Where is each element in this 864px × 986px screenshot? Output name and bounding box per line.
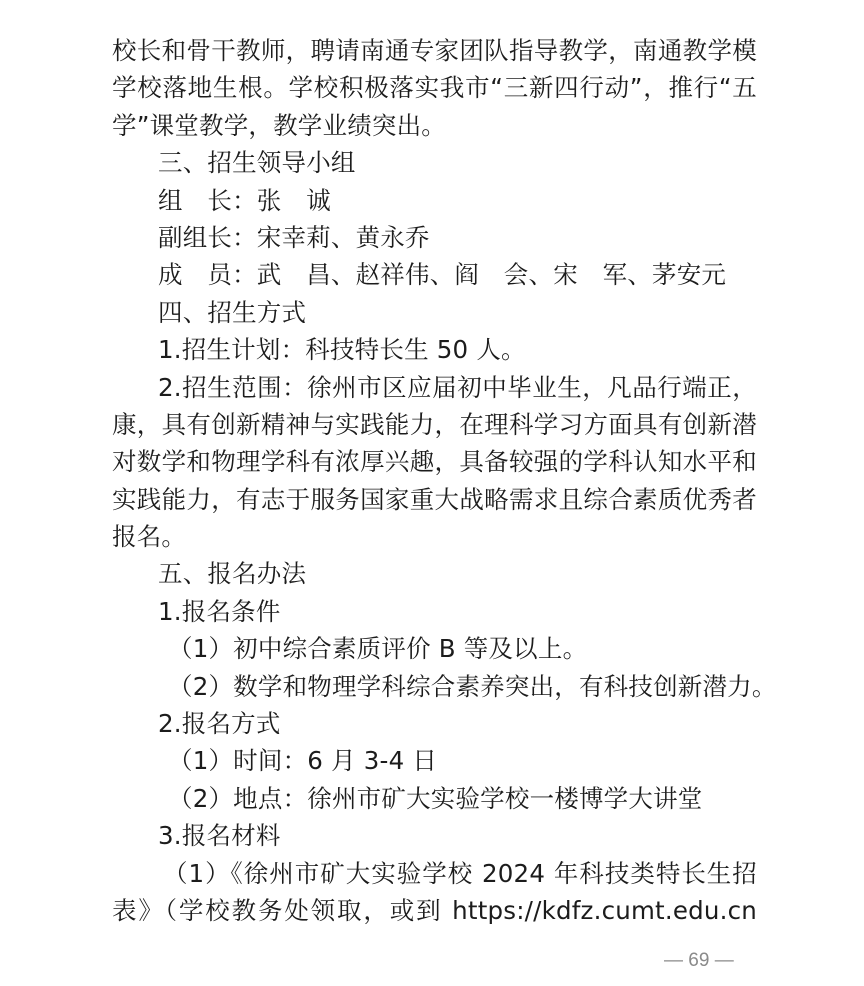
paragraph-line: 实践能力，有志于服务国家重大战略需求且综合素质优秀者均可 xyxy=(112,481,757,518)
paragraph-line: 学校落地生根。学校积极落实我市“三新四行动”，推行“五步导 xyxy=(112,69,757,106)
members-line: 成 员：武 昌、赵祥伟、阎 会、宋 军、茅安元 xyxy=(112,256,757,293)
deputy-leader-line: 副组长：宋幸莉、黄永乔 xyxy=(112,219,757,256)
paragraph-line: 康，具有创新精神与实践能力，在理科学习方面具有创新潜质， xyxy=(112,406,757,443)
subheading-registration-conditions: 1.报名条件 xyxy=(112,593,757,630)
page-number: — 69 — xyxy=(664,950,734,972)
subheading-registration-method: 2.报名方式 xyxy=(112,705,757,742)
condition-item: （2）数学和物理学科综合素养突出，有科技创新潜力。 xyxy=(112,668,757,705)
paragraph-line: 校长和骨干教师，聘请南通专家团队指导教学，南通教学模式在 xyxy=(112,32,757,69)
section-heading-leadership-group: 三、招生领导小组 xyxy=(112,144,757,181)
subheading-registration-materials: 3.报名材料 xyxy=(112,817,757,854)
material-item: （1）《徐州市矿大实验学校 2024 年科技类特长生招生报名 xyxy=(112,855,757,892)
registration-time: （1）时间：6 月 3-4 日 xyxy=(112,742,757,779)
section-heading-registration: 五、报名办法 xyxy=(112,555,757,592)
paragraph-line: 对数学和物理学科有浓厚兴趣，具备较强的学科认知水平和学科 xyxy=(112,443,757,480)
paragraph-line: 学”课堂教学，教学业绩突出。 xyxy=(112,107,757,144)
document-page: 校长和骨干教师，聘请南通专家团队指导教学，南通教学模式在 学校落地生根。学校积极… xyxy=(0,0,864,986)
enrollment-plan-line: 1.招生计划：科技特长生 50 人。 xyxy=(112,331,757,368)
document-body: 校长和骨干教师，聘请南通专家团队指导教学，南通教学模式在 学校落地生根。学校积极… xyxy=(112,32,757,929)
paragraph-line: 报名。 xyxy=(112,518,757,555)
condition-item: （1）初中综合素质评价 B 等及以上。 xyxy=(112,630,757,667)
section-heading-enrollment-method: 四、招生方式 xyxy=(112,294,757,331)
registration-location: （2）地点：徐州市矿大实验学校一楼博学大讲堂 xyxy=(112,780,757,817)
group-leader-line: 组 长：张 诚 xyxy=(112,182,757,219)
enrollment-scope-line: 2.招生范围：徐州市区应届初中毕业生，凡品行端正，身心健 xyxy=(112,369,757,406)
material-item-continued: 表》（学校教务处领取，或到 https://kdfz.cumt.edu.cn 下… xyxy=(112,892,757,929)
